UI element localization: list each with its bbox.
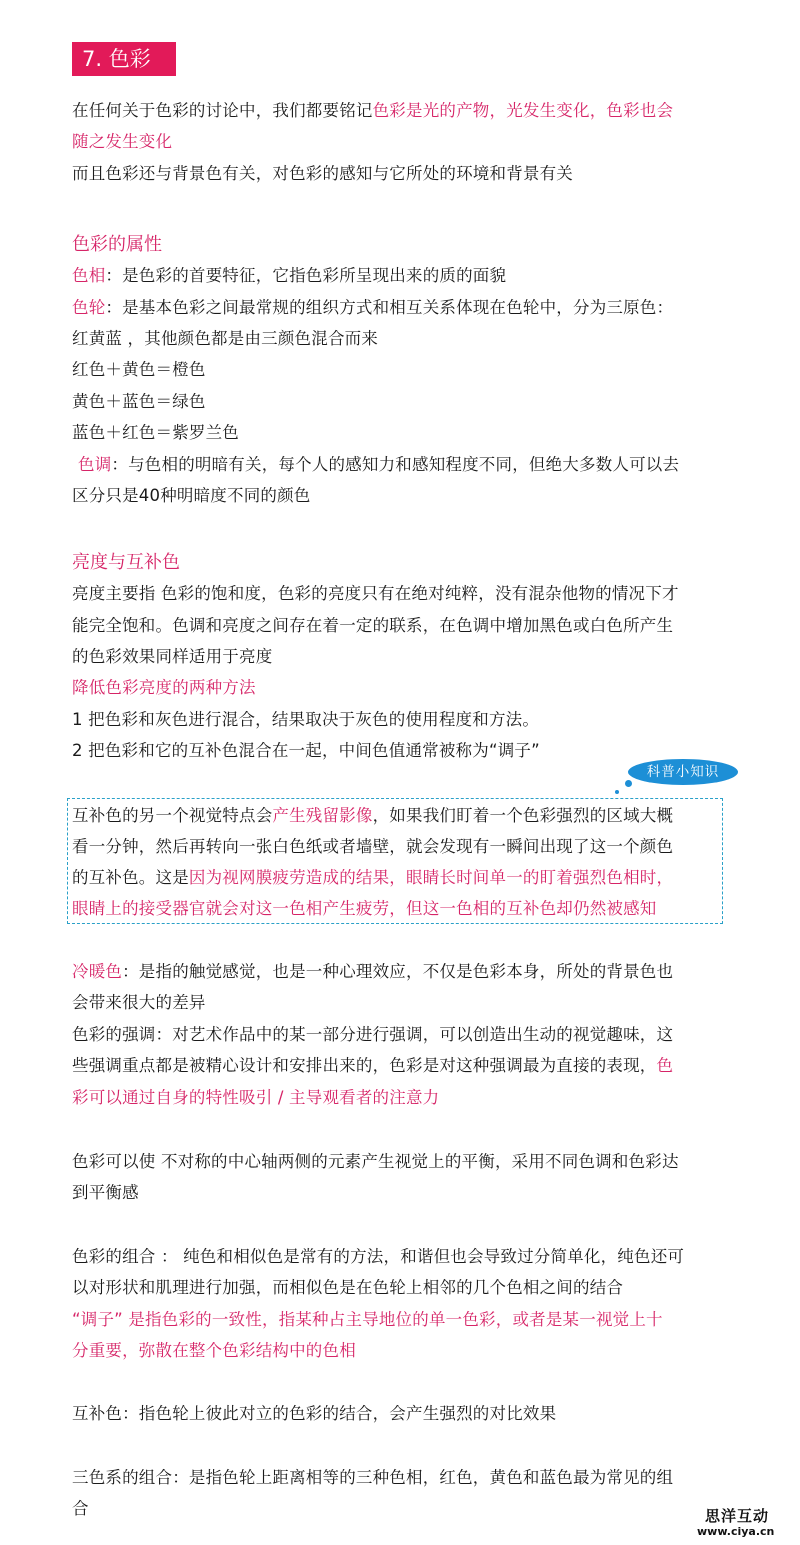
key-line-1: “调子” 是指色彩的一致性，指某种占主导地位的单一色彩，或者是某一视觉上十	[72, 1304, 732, 1336]
wheel-definition-2: 红黄蓝 ，其他颜色都是由三颜色混合而来	[72, 323, 732, 355]
emphasis-line-1: 色彩的强调：对艺术作品中的某一部分进行强调，可以创造出生动的视觉趣味，这	[72, 1019, 732, 1051]
tone-definition-2: 区分只是40种明暗度不同的颜色	[72, 480, 732, 512]
intro-line-3: 而且色彩还与背景色有关，对色彩的感知与它所处的环境和背景有关	[72, 158, 732, 190]
section-title-badge: 7. 色彩	[72, 42, 176, 76]
complementary-line: 互补色：指色轮上彼此对立的色彩的结合，会产生强烈的对比效果	[72, 1398, 732, 1430]
emphasis-line-3: 彩可以通过自身的特性吸引 / 主导观看者的注意力	[72, 1082, 732, 1114]
tone-text: ：与色相的明暗有关，每个人的感知力和感知程度不同，但绝大多数人可以去	[111, 455, 679, 474]
combination-line-2: 以对形状和肌理进行加强，而相似色是在色轮上相邻的几个色相之间的结合	[72, 1272, 732, 1304]
heading-brightness: 亮度与互补色	[72, 548, 180, 574]
tone-definition: 色调：与色相的明暗有关，每个人的感知力和感知程度不同，但绝大多数人可以去	[78, 449, 738, 481]
triad-line-1: 三色系的组合：是指色轮上距离相等的三种色相，红色，黄色和蓝色最为常见的组	[72, 1462, 732, 1494]
intro-highlight: 色彩是光的产物，光发生变化，色彩也会	[373, 101, 674, 120]
bubble-dot-small-icon	[615, 790, 619, 794]
intro-text: 在任何关于色彩的讨论中，我们都要铭记	[72, 101, 373, 120]
warm-cool-text: ：是指的触觉感觉，也是一种心理效应，不仅是色彩本身，所处的背景色也	[122, 962, 673, 981]
article-page: 7. 色彩 在任何关于色彩的讨论中，我们都要铭记色彩是光的产物，光发生变化，色彩…	[0, 0, 800, 1545]
balance-line-2: 到平衡感	[72, 1177, 732, 1209]
emphasis-line-2: 些强调重点都是被精心设计和安排出来的，色彩是对这种强调最为直接的表现，色	[72, 1050, 732, 1082]
triad-line-2: 合	[72, 1493, 732, 1525]
balance-line-1: 色彩可以使 不对称的中心轴两侧的元素产生视觉上的平衡，采用不同色调和色彩达	[72, 1146, 732, 1178]
tip-bubble-label: 科普小知识	[628, 759, 738, 785]
tip-highlight: 产生残留影像	[272, 806, 372, 825]
warm-cool-definition: 冷暖色：是指的触觉感觉，也是一种心理效应，不仅是色彩本身，所处的背景色也	[72, 956, 732, 988]
bubble-dot-icon	[625, 780, 632, 787]
emphasis-text: 些强调重点都是被精心设计和安排出来的，色彩是对这种强调最为直接的表现，	[72, 1056, 657, 1075]
watermark-name: 思洋互动	[705, 1505, 769, 1526]
tip-text: 的互补色。这是	[72, 868, 189, 887]
key-line-2: 分重要，弥散在整个色彩结构中的色相	[72, 1335, 732, 1367]
mix-rule-3: 蓝色＋红色＝紫罗兰色	[72, 417, 732, 449]
intro-line-1: 在任何关于色彩的讨论中，我们都要铭记色彩是光的产物，光发生变化，色彩也会	[72, 95, 732, 127]
emphasis-highlight: 色	[657, 1056, 674, 1075]
tip-line-1: 互补色的另一个视觉特点会产生残留影像，如果我们盯着一个色彩强烈的区域大概	[72, 800, 732, 832]
combination-line-1: 色彩的组合 ： 纯色和相似色是常有的方法，和谐但也会导致过分简单化，纯色还可	[72, 1241, 732, 1273]
tip-highlight: 因为视网膜疲劳造成的结果，眼睛长时间单一的盯着强烈色相时，	[189, 868, 673, 887]
wheel-text: ：是基本色彩之间最常规的组织方式和相互关系体现在色轮中，分为三原色：	[105, 298, 673, 317]
mix-rule-1: 红色＋黄色＝橙色	[72, 354, 732, 386]
warm-cool-definition-2: 会带来很大的差异	[72, 987, 732, 1019]
heading-color-properties: 色彩的属性	[72, 230, 162, 256]
brightness-para-3: 的色彩效果同样适用于亮度	[72, 641, 732, 673]
hue-text: ：是色彩的首要特征，它指色彩所呈现出来的质的面貌	[105, 266, 506, 285]
warm-cool-term: 冷暖色	[72, 962, 122, 981]
tip-text: 互补色的另一个视觉特点会	[72, 806, 272, 825]
tip-line-3: 的互补色。这是因为视网膜疲劳造成的结果，眼睛长时间单一的盯着强烈色相时，	[72, 862, 732, 894]
tip-line-2: 看一分钟，然后再转向一张白色纸或者墙壁，就会发现有一瞬间出现了这一个颜色	[72, 831, 732, 863]
brightness-para-1: 亮度主要指 色彩的饱和度，色彩的亮度只有在绝对纯粹，没有混杂他物的情况下才	[72, 578, 732, 610]
tip-text: ，如果我们盯着一个色彩强烈的区域大概	[373, 806, 674, 825]
hue-term: 色相	[72, 266, 105, 285]
watermark-url: www.ciya.cn	[697, 1525, 774, 1538]
wheel-term: 色轮	[72, 298, 105, 317]
tip-line-4: 眼睛上的接受器官就会对这一色相产生疲劳，但这一色相的互补色却仍然被感知	[72, 893, 732, 925]
hue-definition: 色相：是色彩的首要特征，它指色彩所呈现出来的质的面貌	[72, 260, 732, 292]
tone-term: 色调	[78, 455, 111, 474]
wheel-definition: 色轮：是基本色彩之间最常规的组织方式和相互关系体现在色轮中，分为三原色：	[72, 292, 732, 324]
methods-heading: 降低色彩亮度的两种方法	[72, 672, 732, 704]
intro-line-2: 随之发生变化	[72, 126, 732, 158]
mix-rule-2: 黄色＋蓝色＝绿色	[72, 386, 732, 418]
method-2: 2 把色彩和它的互补色混合在一起，中间色值通常被称为“调子”	[72, 735, 732, 767]
brightness-para-2: 能完全饱和。色调和亮度之间存在着一定的联系，在色调中增加黑色或白色所产生	[72, 610, 732, 642]
method-1: 1 把色彩和灰色进行混合，结果取决于灰色的使用程度和方法。	[72, 704, 732, 736]
